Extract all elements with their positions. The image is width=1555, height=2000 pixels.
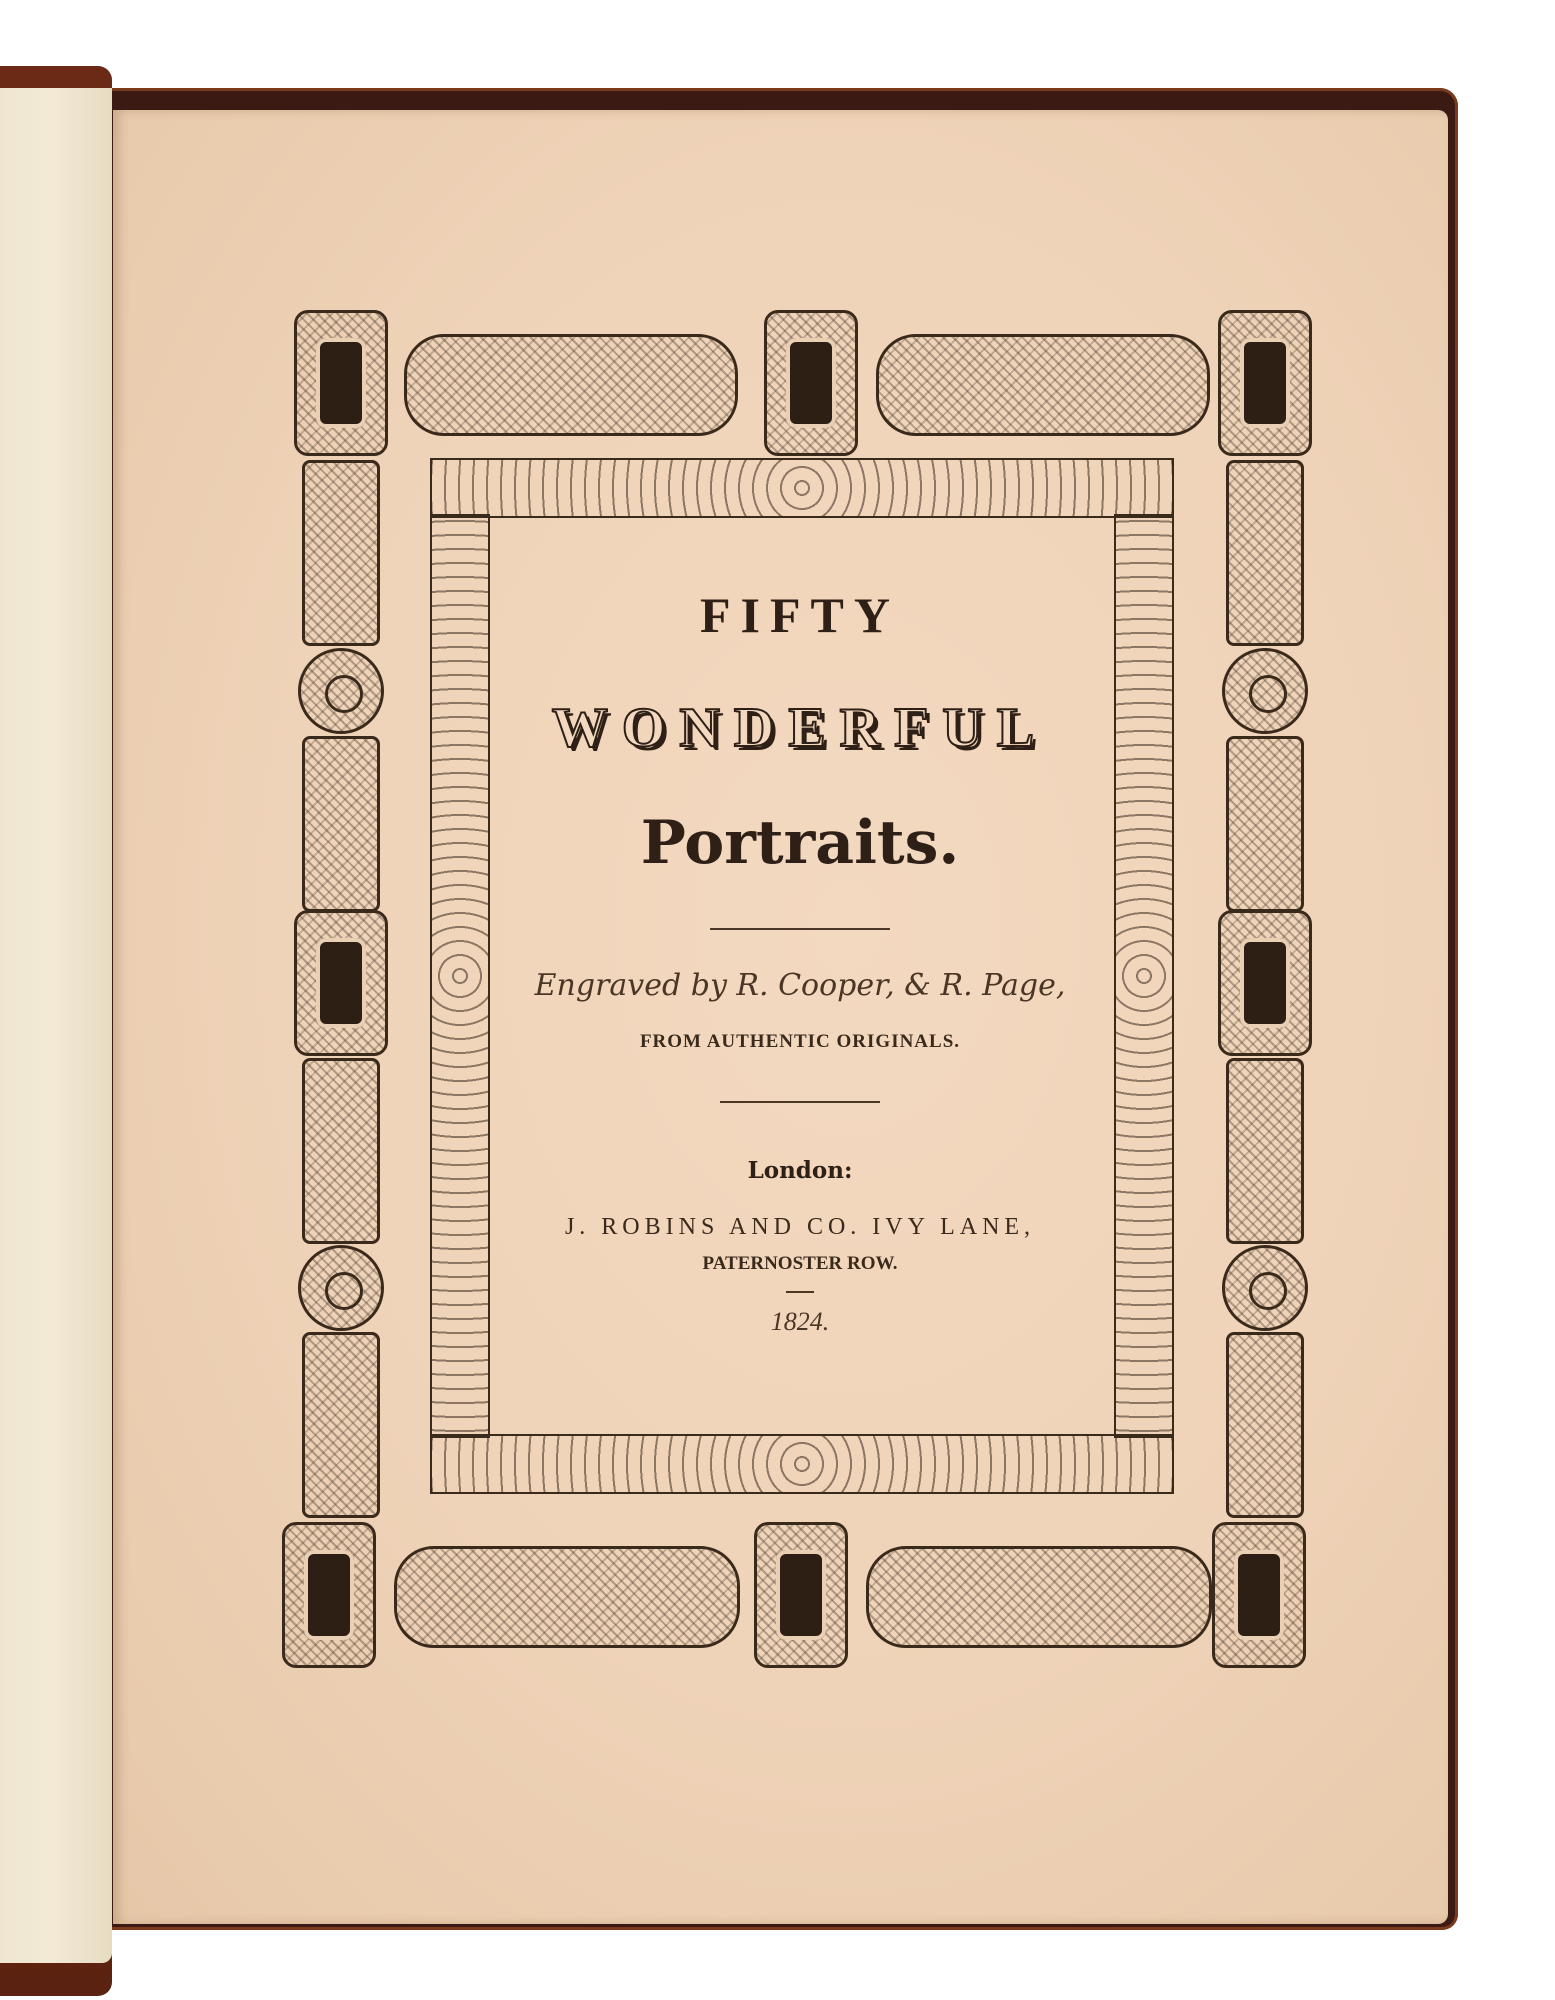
title-line-fifty: FIFTY: [430, 586, 1170, 644]
mask-icon: [294, 910, 388, 1056]
foliage-icon: [1226, 1058, 1304, 1244]
garland-icon: [394, 1546, 740, 1648]
imprint-address: PATERNOSTER ROW.: [430, 1253, 1170, 1275]
foliage-icon: [302, 1058, 380, 1244]
imprint-year: 1824.: [430, 1307, 1170, 1337]
foliage-icon: [302, 1332, 380, 1518]
rosette-icon: [298, 1245, 384, 1331]
foliage-icon: [1226, 1332, 1304, 1518]
garland-icon: [876, 334, 1210, 436]
mask-icon: [294, 310, 388, 456]
divider-rule: [720, 1101, 880, 1103]
divider-rule-short: [786, 1291, 814, 1293]
foliage-icon: [302, 736, 380, 912]
foliage-icon: [302, 460, 380, 646]
mask-icon: [282, 1522, 376, 1668]
mask-icon: [1212, 1522, 1306, 1668]
rosette-icon: [1222, 1245, 1308, 1331]
source-note: FROM AUTHENTIC ORIGINALS.: [430, 1031, 1170, 1053]
rosette-icon: [1222, 648, 1308, 734]
imprint-city: London:: [430, 1157, 1170, 1184]
flourish-bottom: [430, 1434, 1174, 1494]
garland-icon: [866, 1546, 1212, 1648]
divider-rule: [710, 928, 890, 930]
mask-icon: [764, 310, 858, 456]
mask-icon: [754, 1522, 848, 1668]
imprint-publisher: J. ROBINS AND CO. IVY LANE,: [430, 1214, 1170, 1241]
rosette-icon: [298, 648, 384, 734]
title-line-portraits: Portraits.: [430, 808, 1170, 878]
foliage-icon: [1226, 736, 1304, 912]
left-page-edge: [0, 88, 112, 1963]
mask-icon: [1218, 310, 1312, 456]
title-block: FIFTY WONDERFUL Portraits. Engraved by R…: [430, 560, 1170, 1337]
flourish-top: [430, 458, 1174, 518]
title-line-wonderful: WONDERFUL: [430, 696, 1170, 760]
garland-icon: [404, 334, 738, 436]
mask-icon: [1218, 910, 1312, 1056]
foliage-icon: [1226, 460, 1304, 646]
engraver-credit: Engraved by R. Cooper, & R. Page,: [430, 968, 1170, 1003]
